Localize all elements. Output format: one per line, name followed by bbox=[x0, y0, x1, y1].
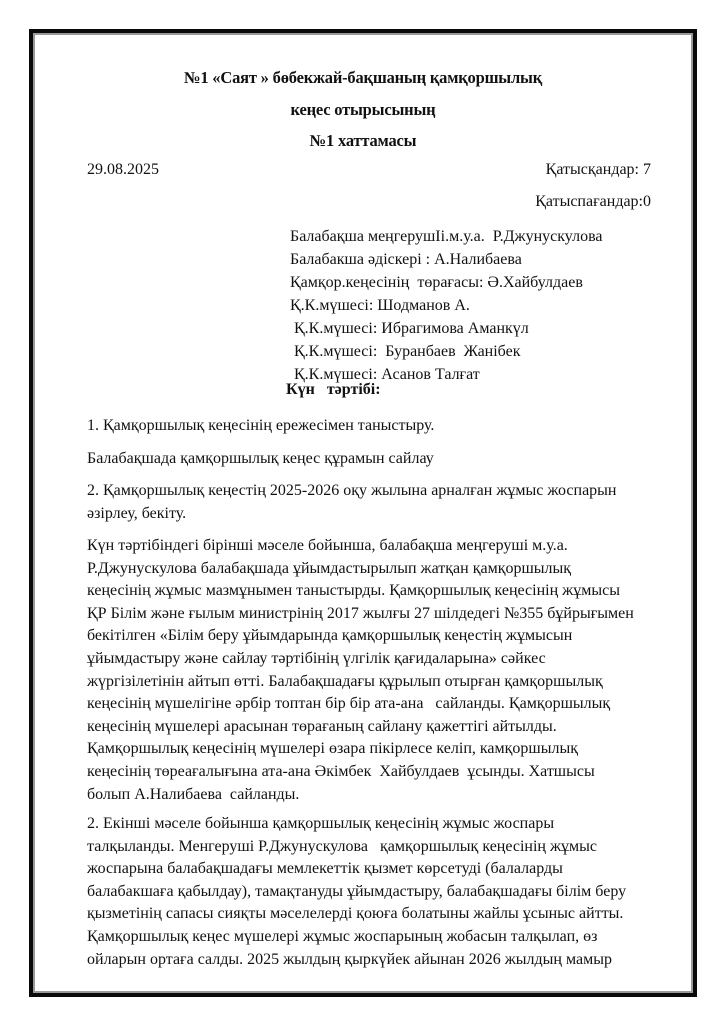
text-line: бекітілген «Білім беру ұйымдарында қамқо… bbox=[87, 625, 707, 648]
attendee: Балабакша әдіскері : А.Налибаева bbox=[290, 248, 603, 271]
paragraph-second-issue: 2. Екінші мәселе бойынша қамқоршылық кең… bbox=[87, 813, 707, 971]
attendee: Қамқор.кеңесінің төрағасы: Ә.Хайбулдаев bbox=[290, 271, 603, 294]
agenda-heading: Күн тәртібі: bbox=[286, 381, 381, 399]
text-line: әзірлеу, бекіту. bbox=[87, 503, 707, 526]
document-title-line-1: №1 «Саят » бөбекжай-бақшаның қамқоршылық bbox=[33, 68, 693, 88]
text-line: ұйымдастыру және сайлау тәртібінің үлгіл… bbox=[87, 648, 707, 671]
agenda-item-1b: Балабақшада қамқоршылық кеңес құрамын са… bbox=[87, 448, 707, 471]
text-line: 2. Екінші мәселе бойынша қамқоршылық кең… bbox=[87, 813, 707, 836]
attendee: Қ.К.мүшесі: Буранбаев Жанібек bbox=[290, 340, 603, 363]
document-title-line-3: №1 хаттамасы bbox=[33, 131, 693, 151]
text-line: Күн тәртібіндегі бірінші мәселе бойынша,… bbox=[87, 535, 707, 558]
agenda-item-2: 2. Қамқоршылық кеңестің 2025-2026 оқу жы… bbox=[87, 480, 707, 525]
text-line: болып А.Налибаева сайланды. bbox=[87, 784, 707, 807]
attendee: Балабақша меңгерушIі.м.у.а. Р.Джунускуло… bbox=[290, 225, 603, 248]
text-line: Қамқоршылық кеңес мүшелері жұмыс жоспары… bbox=[87, 926, 707, 949]
present-count: Қатысқандар: 7 bbox=[546, 161, 651, 179]
text-line: жоспарына балабақшадағы мемлекеттік қызм… bbox=[87, 858, 707, 881]
text-line: Балабақшада қамқоршылық кеңес құрамын са… bbox=[87, 448, 707, 471]
text-line: кеңесінің жұмыс мазмұнымен таныстырды. Қ… bbox=[87, 580, 707, 603]
text-line: ҚР Білім және ғылым министрінің 2017 жыл… bbox=[87, 603, 707, 626]
text-line: жүргізілетінін айтып өтті. Балабақшадағы… bbox=[87, 671, 707, 694]
text-line: қызметінің сапасы сияқты мәселелерді қою… bbox=[87, 903, 707, 926]
text-line: кеңесінің мүшелері арасынан төрағаның са… bbox=[87, 716, 707, 739]
absent-count: Қатыспағандар:0 bbox=[535, 193, 651, 211]
text-line: Р.Джунускулова балабақшада ұйымдастырылы… bbox=[87, 558, 707, 581]
text-line: Қамқоршылық кеңесінің мүшелері өзара пік… bbox=[87, 738, 707, 761]
document-title-line-2: кеңес отырысының bbox=[33, 100, 693, 120]
text-line: кеңесінің мүшелігіне әрбір топтан бір бі… bbox=[87, 693, 707, 716]
agenda-item-1: 1. Қамқоршылық кеңесінің ережесімен таны… bbox=[87, 415, 707, 438]
page-border: №1 «Саят » бөбекжай-бақшаның қамқоршылық… bbox=[29, 29, 697, 997]
attendees-list: Балабақша меңгерушIі.м.у.а. Р.Джунускуло… bbox=[290, 225, 603, 386]
text-line: кеңесінің төреағалығына ата-ана Әкімбек … bbox=[87, 761, 707, 784]
text-line: балабакшаға қабылдау), тамақтануды ұйымд… bbox=[87, 881, 707, 904]
text-line: 2. Қамқоршылық кеңестің 2025-2026 оқу жы… bbox=[87, 480, 707, 503]
text-line: 1. Қамқоршылық кеңесінің ережесімен таны… bbox=[87, 415, 707, 438]
text-line: ойларын ортаға салды. 2025 жылдың қыркүй… bbox=[87, 949, 707, 972]
attendee: Қ.К.мүшесі: Ибрагимова Аманкүл bbox=[290, 317, 603, 340]
paragraph-first-issue: Күн тәртібіндегі бірінші мәселе бойынша,… bbox=[87, 535, 707, 806]
attendee: Қ.К.мүшесі: Шодманов А. bbox=[290, 294, 603, 317]
text-line: талқыланды. Менгеруші Р.Джунускулова қам… bbox=[87, 836, 707, 859]
meeting-date: 29.08.2025 bbox=[87, 161, 159, 179]
